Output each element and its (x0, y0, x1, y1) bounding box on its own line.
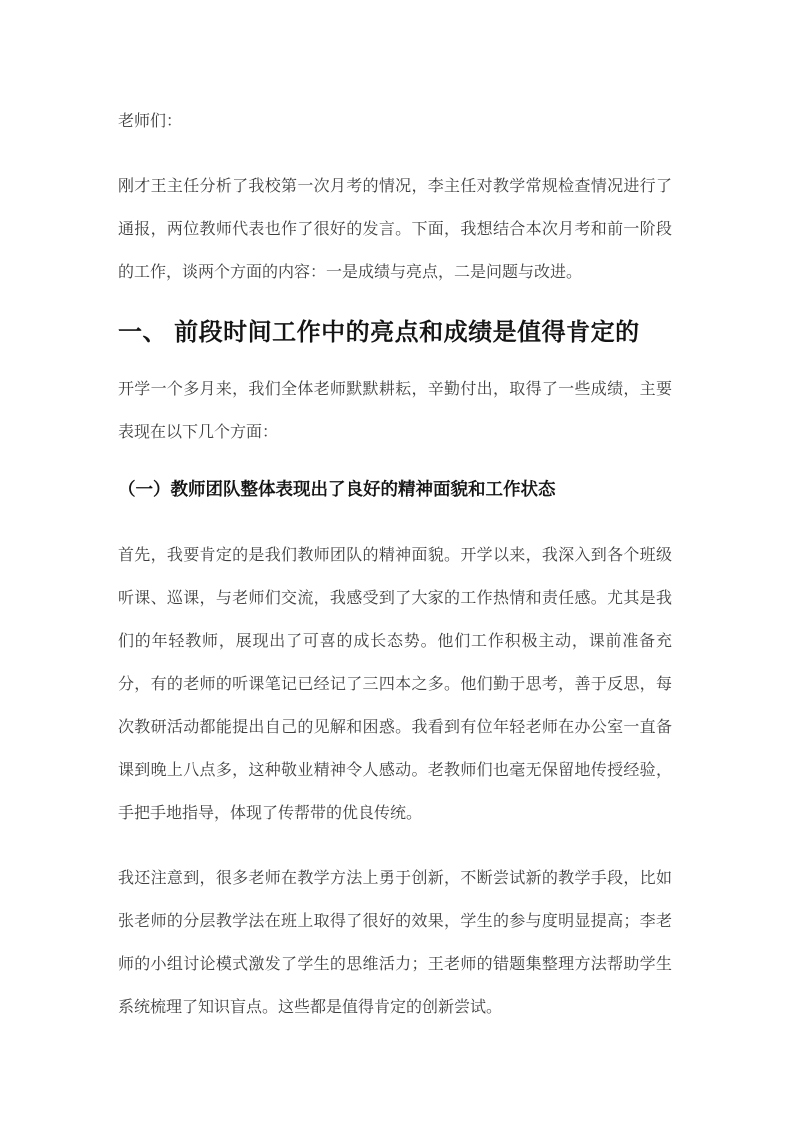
salutation: 老师们： (118, 100, 672, 143)
section-1-heading: 一、 前段时间工作中的亮点和成绩是值得肯定的 (118, 318, 672, 348)
subsection-1-paragraph-2: 我还注意到，很多老师在教学方法上勇于创新，不断尝试新的教学手段，比如张老师的分层… (118, 857, 672, 1029)
intro-paragraph: 刚才王主任分析了我校第一次月考的情况，李主任对教学常规检查情况进行了通报，两位教… (118, 165, 672, 294)
document-page: 老师们： 刚才王主任分析了我校第一次月考的情况，李主任对教学常规检查情况进行了通… (0, 0, 793, 1122)
subsection-1-heading: （一）教师团队整体表现出了良好的精神面貌和工作状态 (118, 478, 672, 501)
section-1-lead-paragraph: 开学一个多月来，我们全体老师默默耕耘，辛勤付出，取得了一些成绩，主要表现在以下几… (118, 368, 672, 454)
subsection-1-paragraph-1: 首先，我要肯定的是我们教师团队的精神面貌。开学以来，我深入到各个班级听课、巡课，… (118, 534, 672, 835)
